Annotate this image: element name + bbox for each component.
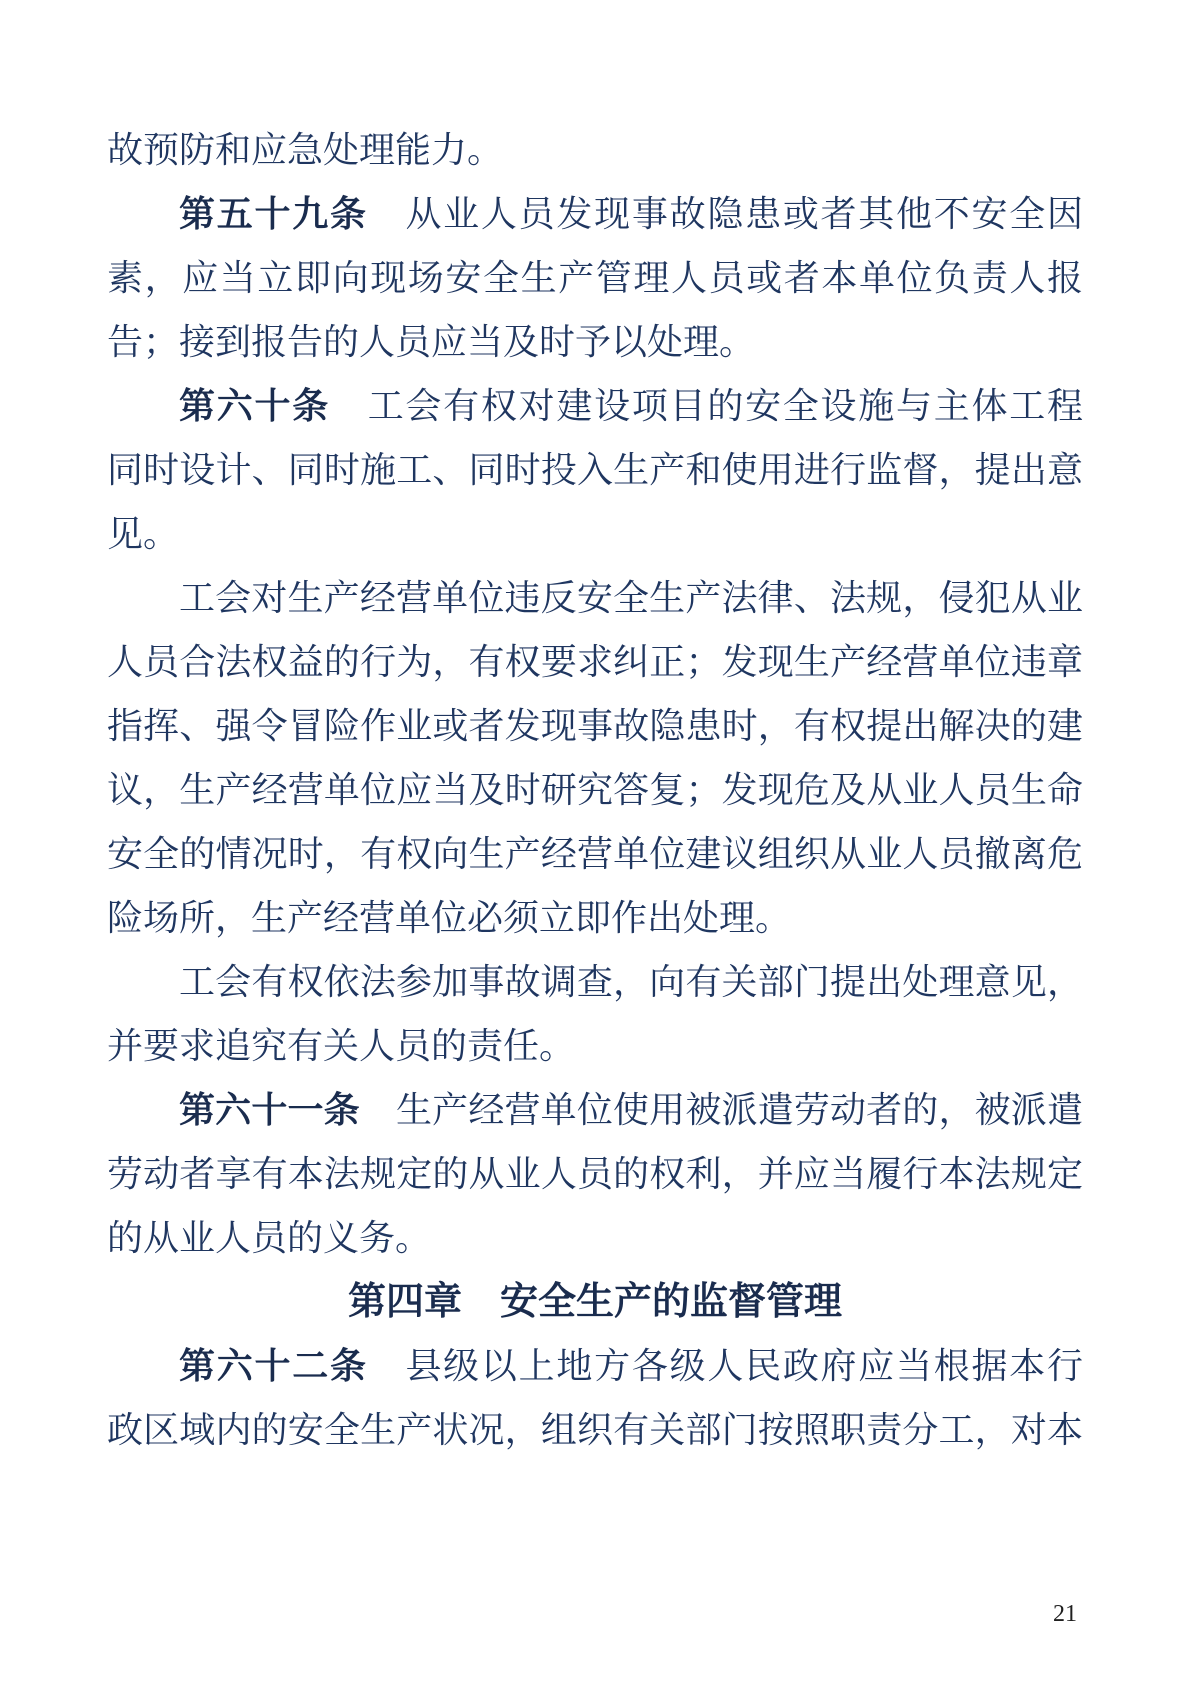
text-run: 险场所，生产经营单位必须立即作出处理。 (107, 898, 791, 938)
text-run: 同时设计、同时施工、同时投入生产和使用进行监督，提出意 (107, 450, 1083, 490)
text-run: 安全的情况时，有权向生产经营单位建议组织从业人员撤离危 (107, 834, 1083, 874)
article-60-para3-line-2: 并要求追究有关人员的责任。 (107, 1014, 1083, 1078)
document-page: 故预防和应急处理能力。第五十九条 从业人员发现事故隐患或者其他不安全因素，应当立… (0, 0, 1190, 1683)
text-run: 工会有权依法参加事故调查，向有关部门提出处理意见， (179, 962, 1083, 1002)
article-number: 第六十二条 (179, 1345, 368, 1386)
text-run: 素，应当立即向现场安全生产管理人员或者本单位负责人报 (107, 258, 1083, 298)
text-run: 的从业人员的义务。 (107, 1218, 431, 1258)
article-60-para2-line-5: 安全的情况时，有权向生产经营单位建议组织从业人员撤离危 (107, 822, 1083, 886)
article-60-line-1: 第六十条 工会有权对建设项目的安全设施与主体工程 (107, 374, 1083, 438)
article-number: 第六十一条 (179, 1089, 360, 1130)
article-number: 第四章 安全生产的监督管理 (348, 1281, 842, 1323)
text-run: 生产经营单位使用被派遣劳动者的，被派遣 (360, 1090, 1083, 1130)
text-run: 工会有权对建设项目的安全设施与主体工程 (330, 386, 1083, 426)
text-run: 政区域内的安全生产状况，组织有关部门按照职责分工，对本 (107, 1410, 1083, 1450)
text-run: 劳动者享有本法规定的从业人员的权利，并应当履行本法规定 (107, 1154, 1083, 1194)
text-run: 从业人员发现事故隐患或者其他不安全因 (368, 194, 1083, 234)
text-run: 告；接到报告的人员应当及时予以处理。 (107, 322, 755, 362)
text-run: 议，生产经营单位应当及时研究答复；发现危及从业人员生命 (107, 770, 1083, 810)
document-body: 故预防和应急处理能力。第五十九条 从业人员发现事故隐患或者其他不安全因素，应当立… (107, 118, 1083, 1462)
text-run: 并要求追究有关人员的责任。 (107, 1026, 575, 1066)
article-60-para2-line-6: 险场所，生产经营单位必须立即作出处理。 (107, 886, 1083, 950)
article-number: 第六十条 (179, 385, 330, 426)
article-60-para2-line-2: 人员合法权益的行为，有权要求纠正；发现生产经营单位违章 (107, 630, 1083, 694)
article-62-line-1: 第六十二条 县级以上地方各级人民政府应当根据本行 (107, 1334, 1083, 1398)
text-run: 县级以上地方各级人民政府应当根据本行 (368, 1346, 1083, 1386)
paragraph-continuation-line: 故预防和应急处理能力。 (107, 118, 1083, 182)
article-59-line-3: 告；接到报告的人员应当及时予以处理。 (107, 310, 1083, 374)
article-number: 第五十九条 (179, 193, 368, 234)
text-run: 见。 (107, 514, 179, 554)
article-61-line-3: 的从业人员的义务。 (107, 1206, 1083, 1270)
text-run: 指挥、强令冒险作业或者发现事故隐患时，有权提出解决的建 (107, 706, 1083, 746)
article-62-line-2: 政区域内的安全生产状况，组织有关部门按照职责分工，对本 (107, 1398, 1083, 1462)
article-60-para3-line-1: 工会有权依法参加事故调查，向有关部门提出处理意见， (107, 950, 1083, 1014)
article-61-line-2: 劳动者享有本法规定的从业人员的权利，并应当履行本法规定 (107, 1142, 1083, 1206)
text-run: 人员合法权益的行为，有权要求纠正；发现生产经营单位违章 (107, 642, 1083, 682)
article-60-line-3: 见。 (107, 502, 1083, 566)
text-run: 故预防和应急处理能力。 (107, 130, 503, 170)
article-60-para2-line-4: 议，生产经营单位应当及时研究答复；发现危及从业人员生命 (107, 758, 1083, 822)
text-run: 工会对生产经营单位违反安全生产法律、法规，侵犯从业 (179, 578, 1083, 618)
page-number: 21 (1053, 1598, 1077, 1630)
article-60-line-2: 同时设计、同时施工、同时投入生产和使用进行监督，提出意 (107, 438, 1083, 502)
chapter-4-heading: 第四章 安全生产的监督管理 (107, 1270, 1083, 1334)
article-60-para2-line-1: 工会对生产经营单位违反安全生产法律、法规，侵犯从业 (107, 566, 1083, 630)
article-59-line-2: 素，应当立即向现场安全生产管理人员或者本单位负责人报 (107, 246, 1083, 310)
article-60-para2-line-3: 指挥、强令冒险作业或者发现事故隐患时，有权提出解决的建 (107, 694, 1083, 758)
article-59-line-1: 第五十九条 从业人员发现事故隐患或者其他不安全因 (107, 182, 1083, 246)
article-61-line-1: 第六十一条 生产经营单位使用被派遣劳动者的，被派遣 (107, 1078, 1083, 1142)
